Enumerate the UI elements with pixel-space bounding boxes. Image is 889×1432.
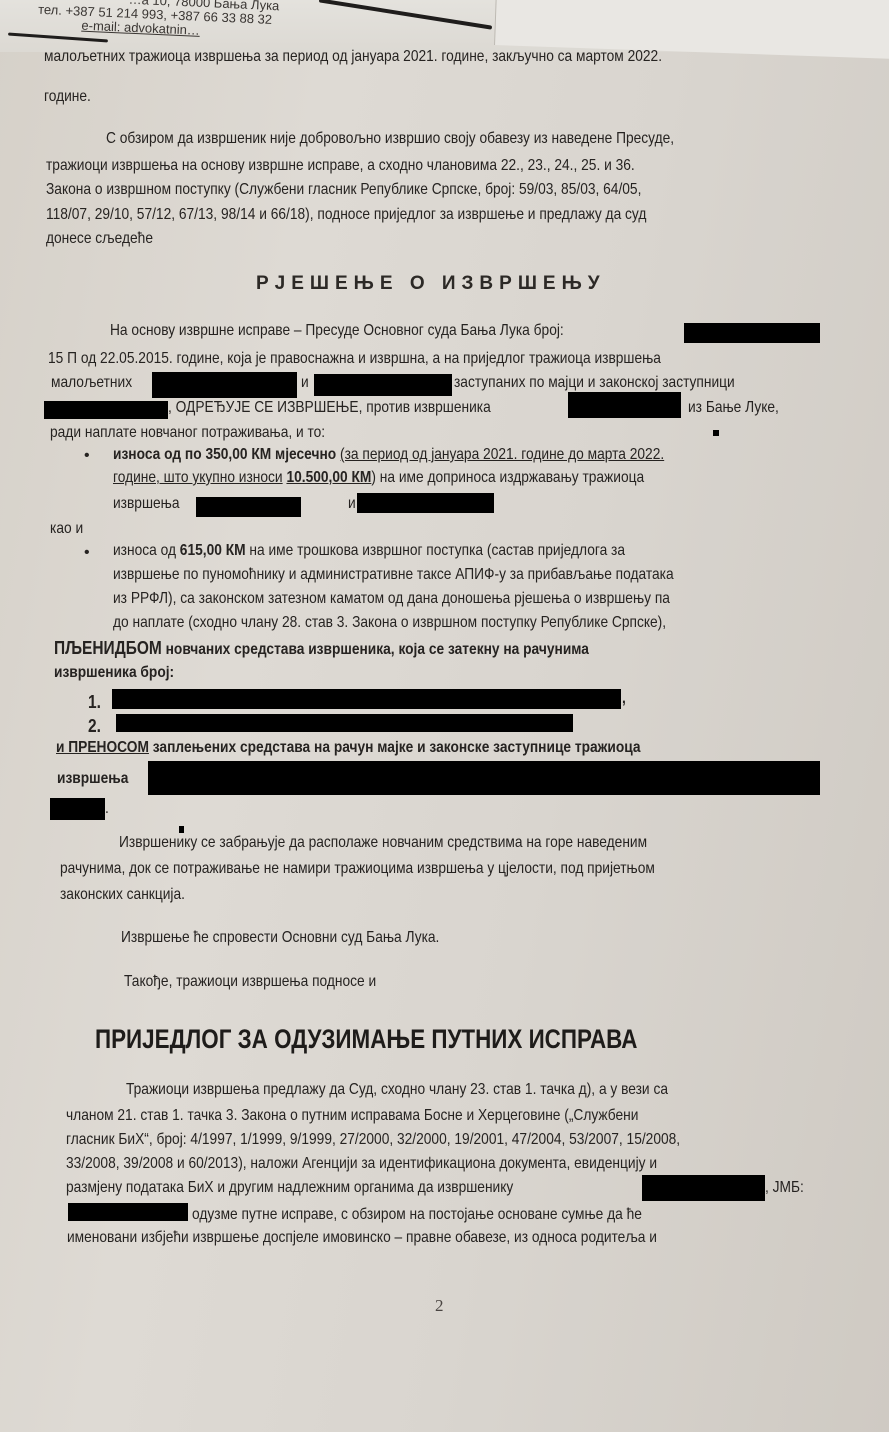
cost-text: на име трошкова извршног поступка (саста… [249, 542, 625, 559]
page-number: 2 [435, 1296, 444, 1316]
body-line: 118/07, 29/10, 57/12, 67/13, 98/14 и 66/… [46, 206, 646, 224]
body-line: Тражиоци извршења предлажу да Суд, сходн… [126, 1081, 668, 1099]
body-line: 15 П од 22.05.2015. године, која је прав… [48, 350, 661, 368]
redaction [314, 374, 452, 396]
cost-amount: 615,00 КМ [180, 542, 246, 559]
period-text-cont: године, што укупно износи [113, 469, 283, 486]
account-1-suffix: , [622, 690, 626, 708]
body-line: извршење по пуномоћнику и административн… [113, 566, 674, 584]
body-line: именовани избјећи извршење доспјеле имов… [67, 1229, 657, 1247]
body-line: 33/2008, 39/2008 и 60/2013), наложи Аген… [66, 1155, 657, 1173]
transfer-keyword: и ПРЕНОСОМ [56, 739, 149, 756]
redaction [44, 401, 168, 419]
intro-line: године. [44, 88, 91, 106]
body-line: законских санкција. [60, 886, 185, 904]
redaction-account-2 [116, 714, 573, 732]
court-line: Извршење ће спровести Основни суд Бања Л… [121, 929, 439, 947]
seizure-text: новчаних средстава извршеника, која се з… [166, 641, 589, 658]
body-line: до наплате (сходно члану 28. став 3. Зак… [113, 614, 666, 632]
body-line: размјену података БиХ и другим надлежним… [66, 1179, 513, 1197]
redaction-account-3 [148, 761, 820, 795]
between-text: као и [50, 520, 83, 538]
total-amount: 10.500,00 КМ [286, 469, 371, 486]
body-line: ради наплате новчаног потраживања, и то: [50, 424, 325, 442]
body-line: чланом 21. став 1. тачка 3. Закона о пут… [66, 1107, 638, 1125]
bullet-1-line-2: године, што укупно износи 10.500,00 КМ) … [113, 469, 644, 487]
bullet-icon: • [84, 544, 90, 562]
also-line: Такође, тражиоци извршења подносе и [124, 973, 376, 991]
body-line: С обзиром да извршеник није добровољно и… [106, 130, 674, 148]
body-line: гласник БиХ“, број: 4/1997, 1/1999, 9/19… [66, 1131, 680, 1149]
body-line: из РРФЛ), са законском затезном каматом … [113, 590, 670, 608]
body-line: , ЈМБ: [765, 1179, 804, 1197]
purpose-text: ) на име доприноса издржавању тражиоца [371, 469, 644, 486]
transfer-line-1: и ПРЕНОСОМ заплењених средстава на рачун… [56, 739, 641, 757]
bullet-1-line-3: извршења [113, 495, 179, 513]
body-line: одузме путне исправе, с обзиром на посто… [192, 1206, 642, 1224]
body-line: и [301, 374, 309, 392]
seizure-line-2: извршеника број: [54, 664, 174, 682]
body-line: Извршенику се забрањује да располаже нов… [119, 834, 647, 852]
body-line: из Бање Луке, [688, 399, 779, 417]
body-line: На основу извршне исправе – Пресуде Осно… [110, 322, 564, 340]
redaction [568, 392, 681, 418]
body-line: , ОДРЕЂУЈЕ СЕ ИЗВРШЕЊЕ, против извршеник… [168, 399, 491, 417]
redaction [357, 493, 494, 513]
redaction [68, 1203, 188, 1221]
account-number-2: 2. [88, 716, 101, 737]
redaction [50, 798, 105, 820]
body-line: рачунима, док се потраживање не намири т… [60, 860, 655, 878]
body-line: заступаних по мајци и законској заступни… [454, 374, 735, 392]
redaction [684, 323, 820, 343]
body-line: тражиоци извршења на основу извршне испр… [46, 157, 635, 175]
redaction-dot [179, 826, 184, 833]
transfer-line-2: извршења [57, 770, 128, 788]
redaction [152, 372, 297, 398]
body-line: Закона о извршном поступку (Службени гла… [46, 181, 641, 199]
bullet-icon: • [84, 447, 90, 465]
body-line: малољетних [51, 374, 132, 392]
section-title-travel-documents: ПРИЈЕДЛОГ ЗА ОДУЗИМАЊЕ ПУТНИХ ИСПРАВА [95, 1024, 637, 1055]
seizure-keyword: ПЉЕНИДБОМ [54, 638, 162, 658]
amount-monthly: износа од по 350,00 КМ мјесечно [113, 446, 336, 463]
period-text: (за период од јануара 2021. године до ма… [340, 446, 664, 463]
seizure-line-1: ПЉЕНИДБОМ новчаних средстава извршеника,… [54, 638, 589, 659]
redaction-account-1 [112, 689, 621, 709]
bullet-1-line-1: износа од по 350,00 КМ мјесечно (за пери… [113, 446, 664, 464]
redaction [642, 1175, 765, 1201]
account-number-1: 1. [88, 692, 101, 713]
redaction [196, 497, 301, 517]
transfer-end: . [105, 800, 109, 818]
intro-line: малољетних тражиоца извршења за период о… [44, 48, 662, 66]
redaction-dot [713, 430, 719, 436]
body-line: и [348, 495, 356, 513]
transfer-text: заплењених средстава на рачун мајке и за… [153, 739, 641, 756]
section-title-resolution: РЈЕШЕЊЕ О ИЗВРШЕЊУ [256, 273, 606, 295]
bullet-2-line-1: износа од 615,00 КМ на име трошкова извр… [113, 542, 625, 560]
amount-pre: износа од [113, 542, 176, 559]
body-line: донесе сљедеће [46, 230, 153, 248]
